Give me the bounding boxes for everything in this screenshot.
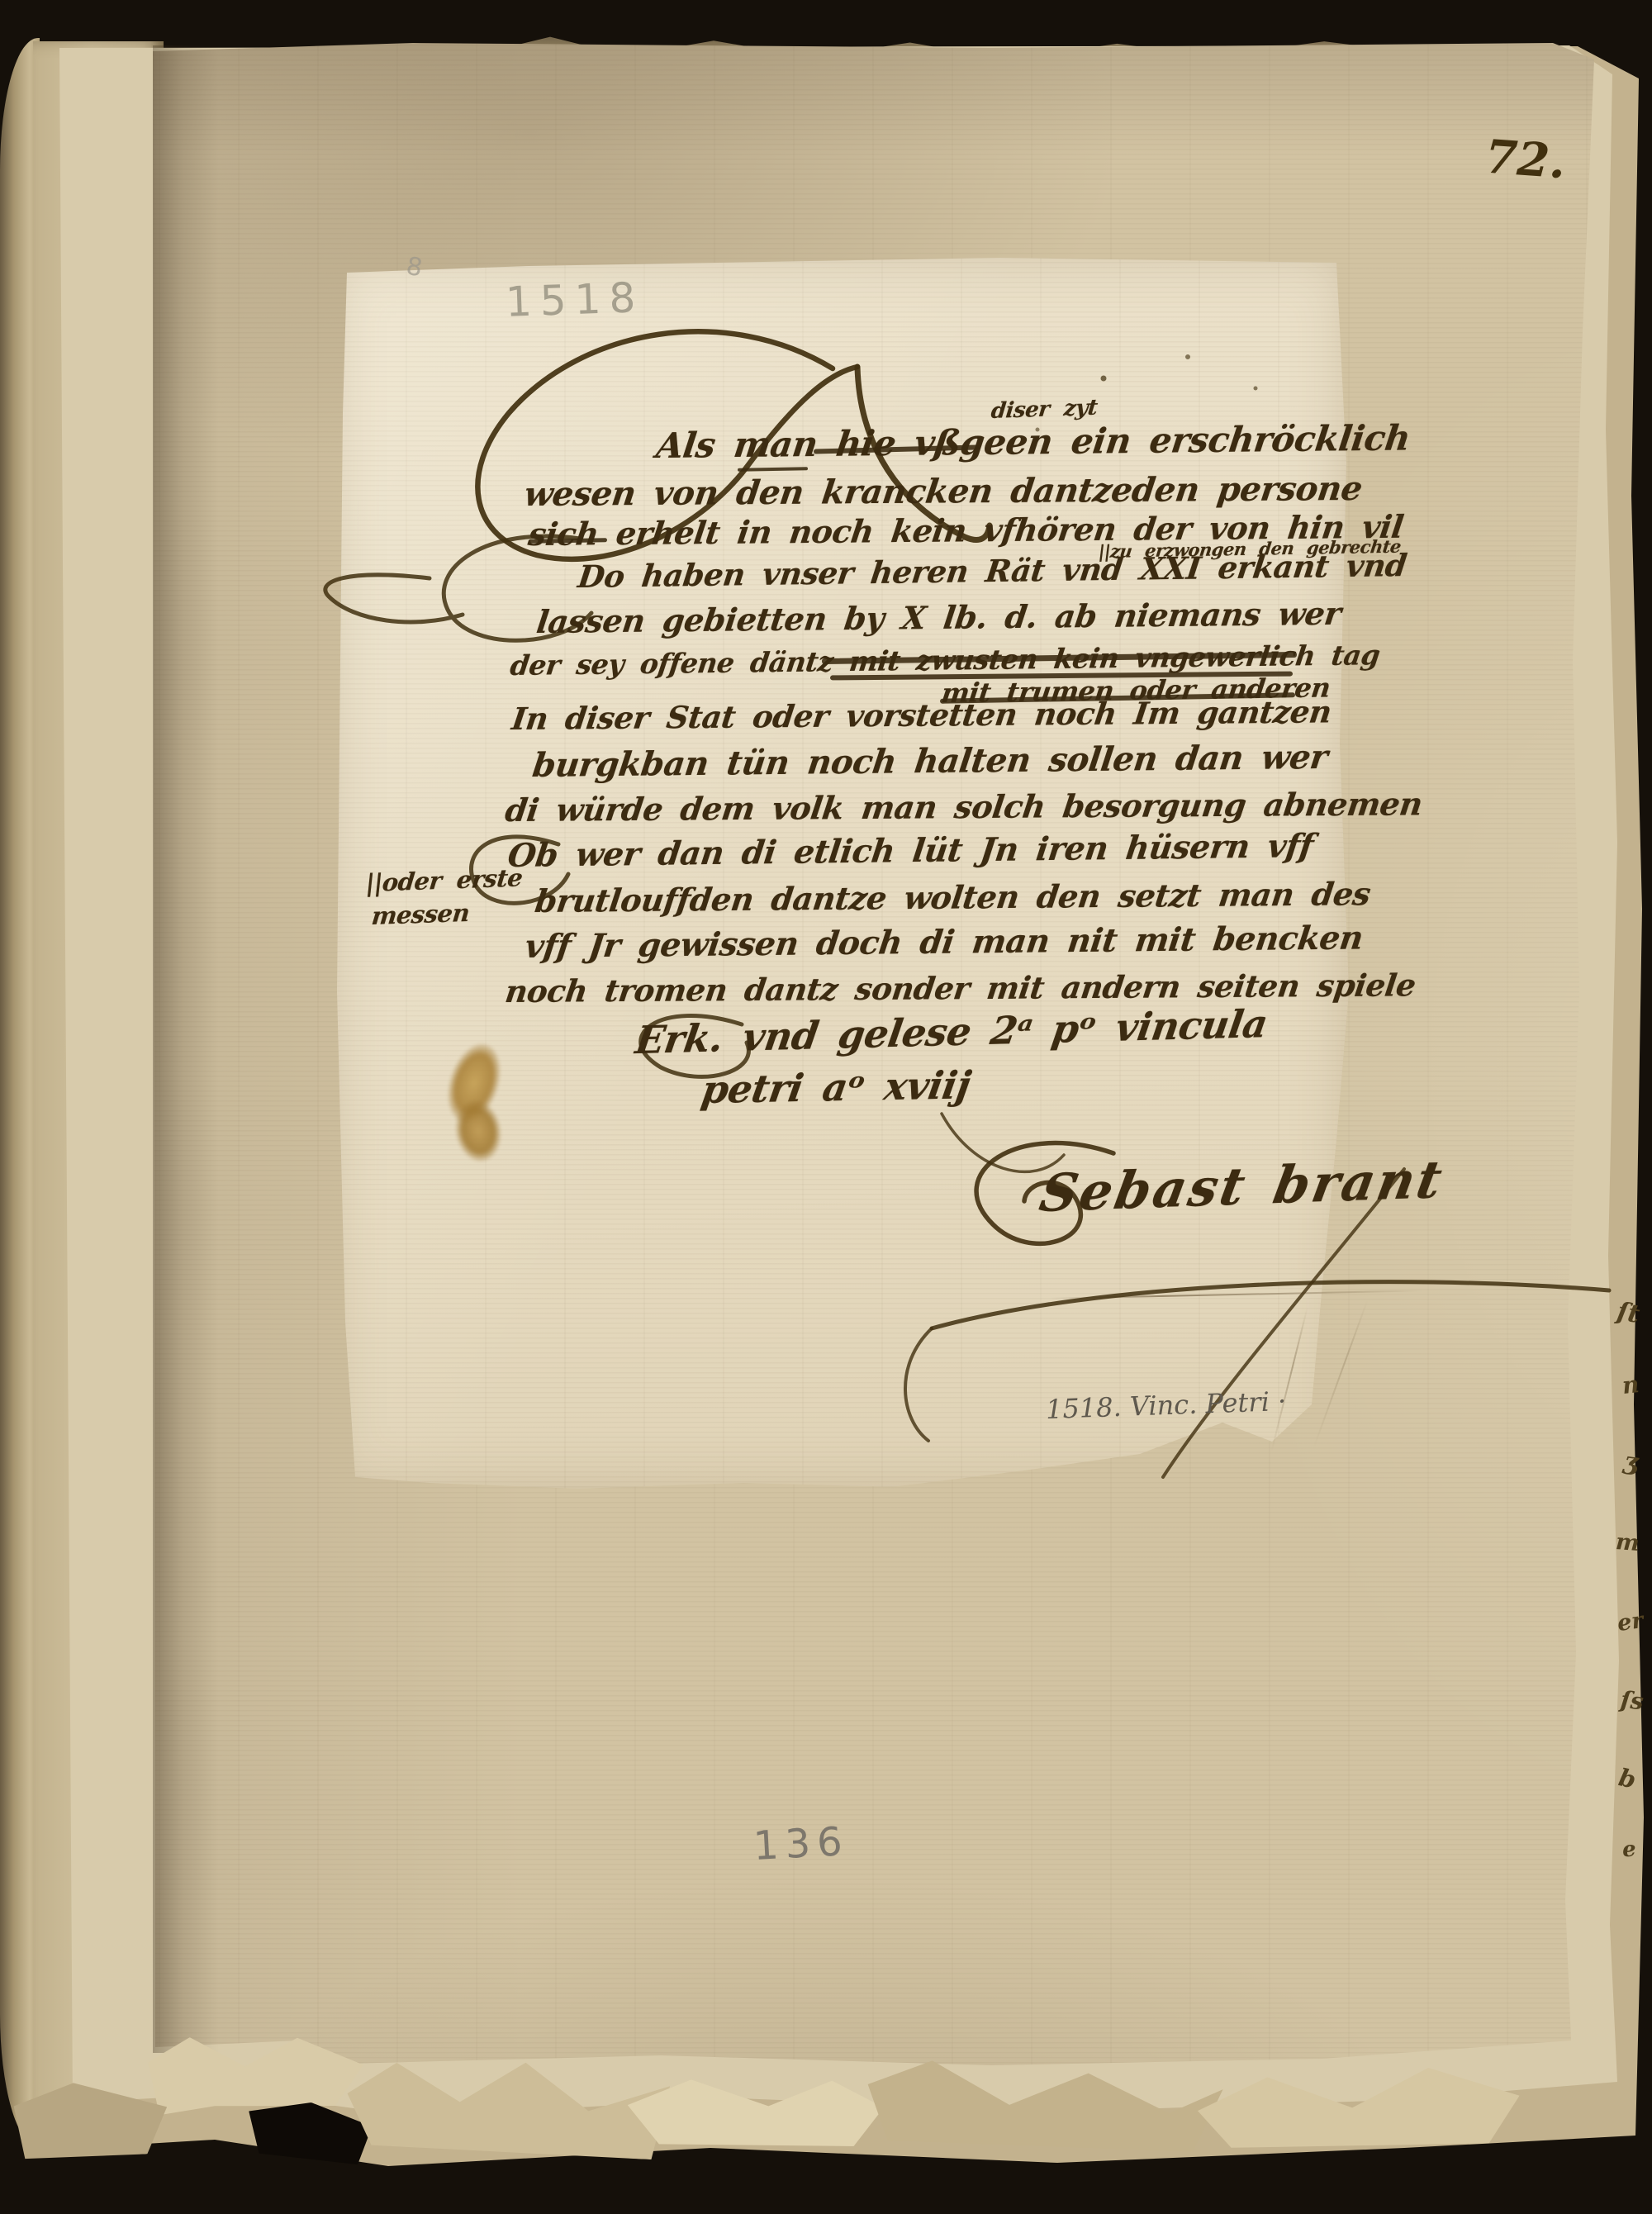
dateline-line-2: petri aᵒ xviij — [699, 1062, 974, 1112]
folio-number: 72. — [1483, 130, 1568, 190]
manuscript-line-2: wesen von den krancken dantzeden persone — [522, 469, 1365, 514]
adjacent-page-fragment: n — [1621, 1371, 1640, 1399]
adjacent-page-fragment: ʒ — [1622, 1447, 1640, 1477]
manuscript-line-7: In diser Stat oder vorstetten noch Im ga… — [510, 693, 1333, 737]
adjacent-page-fragment: er — [1616, 1608, 1645, 1637]
adjacent-page-fragment: m — [1615, 1529, 1640, 1556]
margin-note-line-2: messen — [370, 899, 471, 930]
pencil-page-number: 136 — [752, 1818, 850, 1870]
archive-photo-canvas: ſt n ʒ m er ſs b e — [0, 0, 1652, 2214]
interlinear-insertion: diser zyt — [990, 395, 1098, 424]
manuscript-line-1: Als man hie vßgeen ein erschröcklich — [654, 417, 1412, 466]
pencil-year: 1518 — [505, 273, 644, 326]
adjacent-page-fragment: ſt — [1615, 1297, 1641, 1329]
margin-note-line-1: ||oder erste — [364, 863, 524, 897]
gutter-shadow — [153, 45, 219, 2053]
manuscript-line-9: di würde dem volk man solch besorgung ab… — [503, 785, 1425, 829]
manuscript-line-11: brutlouffden dantze wolten den setzt man… — [533, 875, 1373, 919]
adjacent-page-fragment: ſs — [1619, 1686, 1645, 1716]
manuscript-line-13: noch tromen dantz sonder mit andern seit… — [503, 967, 1417, 1010]
adjacent-page-fragment: e — [1621, 1836, 1637, 1862]
